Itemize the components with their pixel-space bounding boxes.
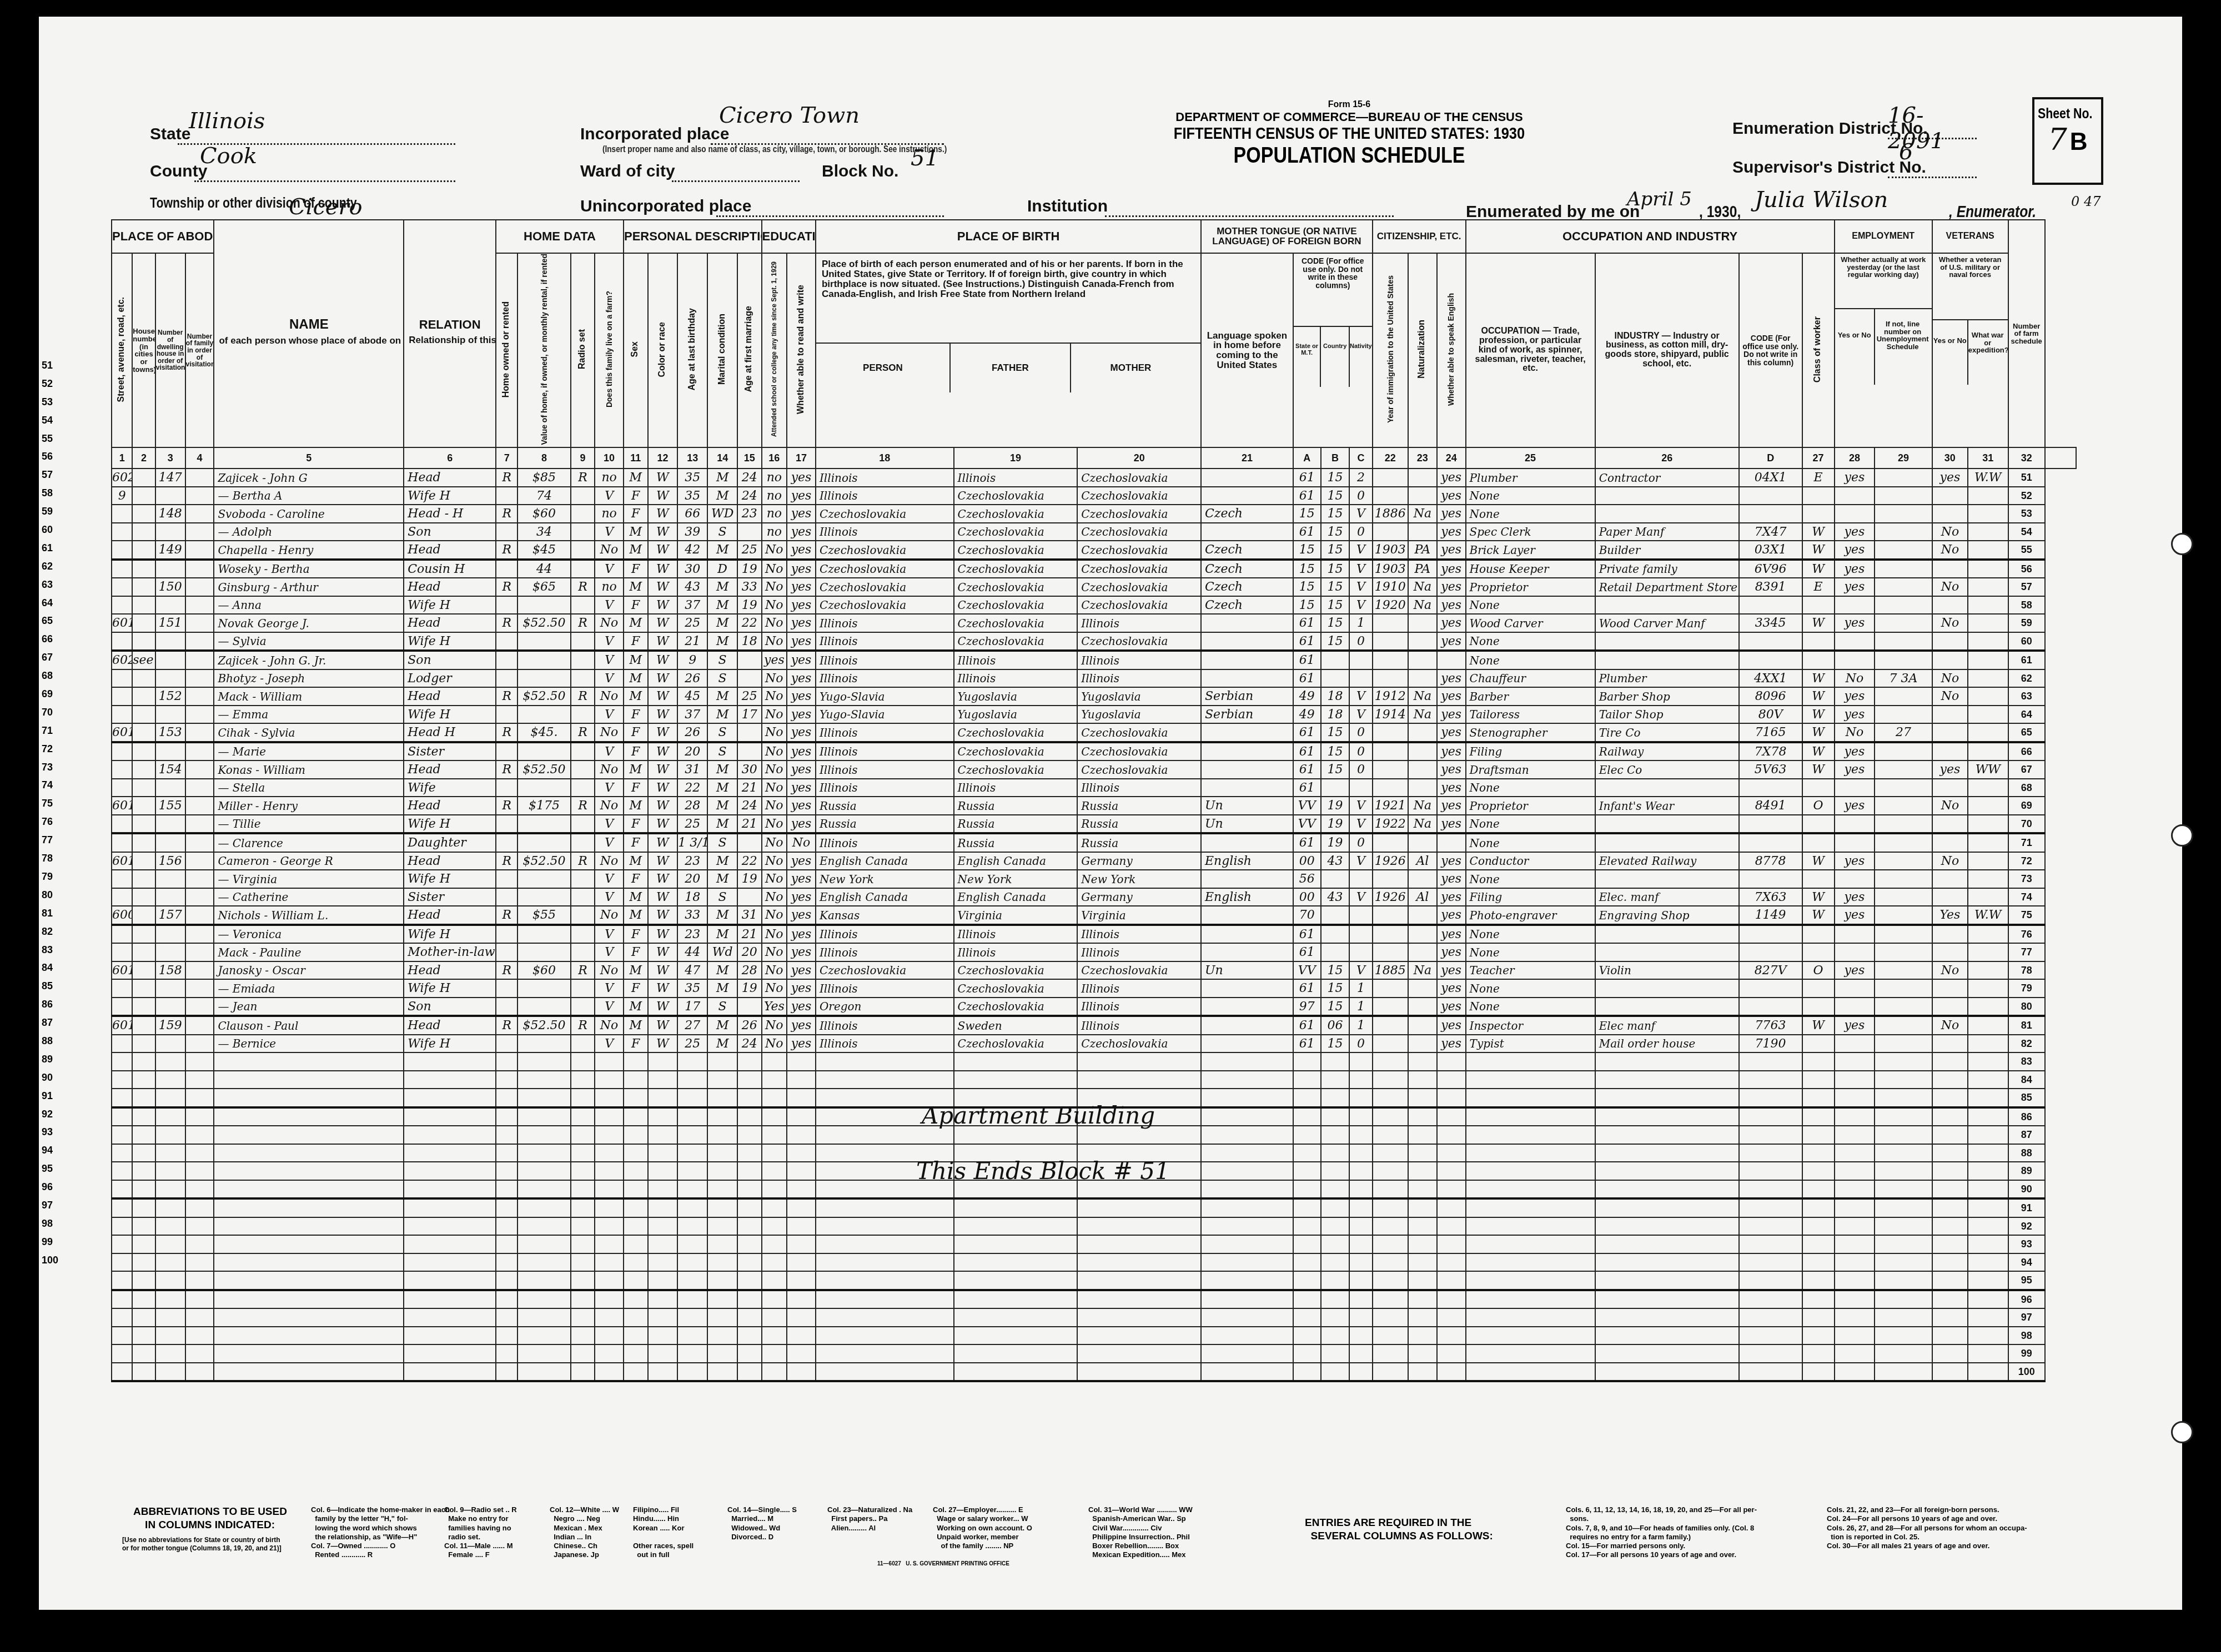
- cell-veteran: No: [1932, 687, 1968, 706]
- cell-war: [1968, 1035, 2008, 1053]
- cell-school: No: [762, 852, 787, 870]
- column-number: 20: [1077, 447, 1201, 469]
- sheet-number-box: Sheet No. 7 B: [2032, 97, 2103, 185]
- cell-read: yes: [787, 687, 816, 706]
- cell-house: [132, 523, 155, 541]
- cell-owned: [496, 815, 517, 834]
- incorporated-line: [711, 143, 944, 145]
- table-row-empty: 95: [112, 1271, 2076, 1290]
- group-citizenship: CITIZENSHIP, ETC.: [1373, 220, 1466, 253]
- cell-family: [185, 815, 214, 834]
- cell-birth: New York: [816, 870, 954, 888]
- cell-industry: Violin: [1595, 961, 1739, 980]
- cell-empty: [1321, 1344, 1350, 1363]
- cell-class: W: [1802, 687, 1835, 706]
- cell-empty: [571, 1327, 595, 1345]
- cell-farm: V: [595, 815, 624, 834]
- column-number: D: [1739, 447, 1802, 469]
- cell-value: [517, 925, 570, 944]
- cell-value: $175: [517, 797, 570, 815]
- cell-cC: V: [1349, 578, 1372, 596]
- cell-marital: S: [707, 523, 737, 541]
- cell-empty: [1932, 1071, 1968, 1089]
- column-number: 7: [496, 447, 517, 469]
- cell-empty: [1201, 1052, 1293, 1071]
- cell-name: — Adolph: [214, 523, 404, 541]
- margin-line-number: 54: [42, 415, 58, 433]
- cell-cA: 15: [1293, 578, 1321, 596]
- cell-empty: [404, 1071, 496, 1089]
- cell-empty: [707, 1235, 737, 1253]
- cell-english: yes: [1437, 852, 1466, 870]
- cell-empty: [1321, 1107, 1350, 1126]
- cell-empty: [496, 1052, 517, 1071]
- cell-father-birth: Czechoslovakia: [954, 596, 1078, 615]
- header-at-work: Yes or No: [1835, 309, 1875, 385]
- margin-line-number: 62: [42, 561, 58, 579]
- cell-unemp-line: [1875, 1035, 1932, 1053]
- cell-empty: [677, 1217, 707, 1236]
- column-number: 29: [1875, 447, 1932, 469]
- cell-empty: [954, 1290, 1078, 1309]
- line-number: 100: [2008, 1363, 2045, 1382]
- cell-empty: [571, 1052, 595, 1071]
- cell-mother-birth: Illinois: [1077, 998, 1201, 1016]
- cell-sex: M: [624, 614, 648, 632]
- header-speak-english: Whether able to speak English: [1447, 293, 1455, 406]
- cell-class: [1802, 925, 1835, 944]
- table-row: 6015158Janosky - OscarHeadR$60RNoMW47M28…: [112, 961, 2076, 980]
- cell-empty: [624, 1271, 648, 1290]
- cell-owned: [496, 888, 517, 906]
- cell-father-birth: Czechoslovakia: [954, 578, 1078, 596]
- cell-school: No: [762, 943, 787, 961]
- cell-cB: 15: [1321, 1035, 1350, 1053]
- cell-race: W: [648, 797, 678, 815]
- cell-mother-birth: Germany: [1077, 852, 1201, 870]
- cell-value: $45.: [517, 723, 570, 742]
- cell-empty: [707, 1344, 737, 1363]
- cell-race: W: [648, 833, 678, 852]
- column-number: 31: [1968, 447, 2008, 469]
- cell-mother-birth: Czechoslovakia: [1077, 487, 1201, 505]
- cell-radio: R: [571, 852, 595, 870]
- cell-family: [185, 833, 214, 852]
- cell-class: [1802, 651, 1835, 669]
- cell-empty: [571, 1144, 595, 1162]
- cell-mother-birth: Illinois: [1077, 669, 1201, 688]
- cell-code: [1739, 596, 1802, 615]
- cell-code: [1739, 979, 1802, 998]
- cell-empty: [1932, 1126, 1968, 1144]
- cell-marital: M: [707, 852, 737, 870]
- cell-radio: [571, 906, 595, 925]
- cell-empty: [1835, 1290, 1875, 1309]
- cell-natz: [1408, 742, 1437, 761]
- cell-empty: [737, 1327, 762, 1345]
- cell-class: E: [1802, 469, 1835, 487]
- cell-cC: V: [1349, 961, 1372, 980]
- cell-immig: [1373, 906, 1408, 925]
- cell-at-work: yes: [1835, 1016, 1875, 1035]
- cell-empty: [1595, 1253, 1739, 1272]
- cell-empty: [1968, 1217, 2008, 1236]
- table-row: 149Chapella - HenryHeadR$45NoMW42M25Noye…: [112, 541, 2076, 560]
- cell-war: [1968, 541, 2008, 560]
- cell-value: $60: [517, 961, 570, 980]
- cell-empty: [1349, 1198, 1372, 1217]
- cell-empty: [787, 1052, 816, 1071]
- cell-empty: [1408, 1180, 1437, 1199]
- cell-value: $45: [517, 541, 570, 560]
- cell-school: no: [762, 505, 787, 523]
- cell-veteran: [1932, 632, 1968, 651]
- cell-street: [112, 815, 132, 834]
- cell-empty: [737, 1253, 762, 1272]
- table-row: — BerniceWife HVFW25M24NoyesIllinoisCzec…: [112, 1035, 2076, 1053]
- cell-house: [132, 614, 155, 632]
- cell-empty: [762, 1089, 787, 1107]
- cell-empty: [571, 1180, 595, 1199]
- margin-line-number: 51: [42, 360, 58, 378]
- cell-relation: Son: [404, 523, 496, 541]
- cell-empty: [1321, 1327, 1350, 1345]
- cell-value: $65: [517, 578, 570, 596]
- line-number: 56: [2008, 560, 2045, 578]
- department-title: DEPARTMENT OF COMMERCE—BUREAU OF THE CEN…: [1099, 110, 1599, 124]
- cell-sex: M: [624, 760, 648, 779]
- cell-empty: [1373, 1089, 1408, 1107]
- cell-street: [112, 669, 132, 688]
- cell-empty: [1875, 1144, 1932, 1162]
- cell-empty: [1835, 1327, 1875, 1345]
- cell-industry: Tire Co: [1595, 723, 1739, 742]
- line-number: 93: [2008, 1235, 2045, 1253]
- cell-empty: [816, 1198, 954, 1217]
- cell-code: 8096: [1739, 687, 1802, 706]
- cell-class: [1802, 833, 1835, 852]
- cell-mother-birth: Czechoslovakia: [1077, 742, 1201, 761]
- cell-empty: [185, 1144, 214, 1162]
- cell-occupation: Draftsman: [1466, 760, 1595, 779]
- cell-empty: [1932, 1290, 1968, 1309]
- cell-radio: [571, 651, 595, 669]
- cell-farm: No: [595, 1016, 624, 1035]
- cell-tongue: Serbian: [1201, 687, 1293, 706]
- cell-mother-birth: Illinois: [1077, 925, 1201, 944]
- cell-empty: [1875, 1290, 1932, 1309]
- table-row: 150Ginsburg - ArthurHeadR$65RnoMW43M33No…: [112, 578, 2076, 596]
- cell-at-work: [1835, 998, 1875, 1016]
- abbrev-col23: Col. 23—Naturalized . Na First papers.. …: [827, 1505, 912, 1533]
- cell-occupation: Photo-engraver: [1466, 906, 1595, 925]
- cell-at-work: [1835, 870, 1875, 888]
- cell-owned: [496, 779, 517, 797]
- cell-name: Chapella - Henry: [214, 541, 404, 560]
- cell-family: [185, 687, 214, 706]
- table-row: — EmmaWife HVFW37M17NoyesYugo-SlaviaYugo…: [112, 706, 2076, 724]
- cell-empty: [1739, 1290, 1802, 1309]
- cell-empty: [571, 1089, 595, 1107]
- column-number: 26: [1595, 447, 1739, 469]
- cell-empty: [1437, 1217, 1466, 1236]
- margin-line-number: 85: [42, 980, 58, 999]
- cell-unemp-line: [1875, 760, 1932, 779]
- cell-birth: Czechoslovakia: [816, 596, 954, 615]
- cell-empty: [1321, 1290, 1350, 1309]
- cell-veteran: No: [1932, 961, 1968, 980]
- cell-name: Svoboda - Caroline: [214, 505, 404, 523]
- cell-natz: [1408, 723, 1437, 742]
- abbrev-col12-other: Filipino..... Fil Hindu...... Hin Korean…: [633, 1505, 694, 1560]
- cell-empty: [648, 1089, 678, 1107]
- margin-line-number: 84: [42, 962, 58, 980]
- cell-empty: [707, 1052, 737, 1071]
- cell-empty: [707, 1071, 737, 1089]
- county-line: [194, 180, 455, 182]
- cell-street: 6013: [112, 797, 132, 815]
- cell-empty: [517, 1217, 570, 1236]
- cell-english: yes: [1437, 815, 1466, 834]
- cell-empty: [707, 1253, 737, 1272]
- cell-empty: [1293, 1052, 1321, 1071]
- cell-immig: [1373, 979, 1408, 998]
- cell-mother-birth: Czechoslovakia: [1077, 961, 1201, 980]
- cell-industry: Wood Carver Manf: [1595, 614, 1739, 632]
- cell-empty: [1875, 1327, 1932, 1345]
- cell-industry: [1595, 487, 1739, 505]
- cell-occupation: Brick Layer: [1466, 541, 1595, 560]
- cell-family: [185, 852, 214, 870]
- cell-birth: Czechoslovakia: [816, 505, 954, 523]
- line-number: 54: [2008, 523, 2045, 541]
- cell-tongue: [1201, 925, 1293, 944]
- group-mother-tongue: MOTHER TONGUE (OR NATIVE LANGUAGE) OF FO…: [1201, 220, 1373, 253]
- cell-empty: [185, 1180, 214, 1199]
- cell-english: yes: [1437, 1016, 1466, 1035]
- cell-farm: V: [595, 706, 624, 724]
- cell-family: [185, 925, 214, 944]
- line-number: 55: [2008, 541, 2045, 560]
- cell-empty: [737, 1144, 762, 1162]
- line-number: 53: [2008, 505, 2045, 523]
- cell-dwelling: 158: [155, 961, 185, 980]
- cell-house: [132, 505, 155, 523]
- cell-cC: 1: [1349, 1016, 1372, 1035]
- cell-race: W: [648, 1035, 678, 1053]
- cell-empty: [1595, 1071, 1739, 1089]
- cell-empty: [185, 1107, 214, 1126]
- cell-empty: [1293, 1217, 1321, 1236]
- cell-immig: [1373, 779, 1408, 797]
- cell-father-birth: Russia: [954, 833, 1078, 852]
- cell-empty: [1349, 1235, 1372, 1253]
- cell-class: [1802, 870, 1835, 888]
- cell-empty: [1293, 1363, 1321, 1382]
- cell-empty: [737, 1271, 762, 1290]
- cell-empty: [496, 1308, 517, 1327]
- cell-empty: [404, 1217, 496, 1236]
- line-number: 86: [2008, 1107, 2045, 1126]
- cell-empty: [707, 1290, 737, 1309]
- cell-empty: [1466, 1253, 1595, 1272]
- cell-age-marriage: 22: [737, 614, 762, 632]
- cell-tongue: Czech: [1201, 578, 1293, 596]
- cell-sex: F: [624, 925, 648, 944]
- line-number: 91: [2008, 1198, 2045, 1217]
- cell-industry: [1595, 925, 1739, 944]
- cell-empty: [677, 1180, 707, 1199]
- cell-farm: V: [595, 779, 624, 797]
- cell-family: [185, 979, 214, 998]
- cell-occupation: None: [1466, 632, 1595, 651]
- cell-at-work: [1835, 815, 1875, 834]
- cell-read: yes: [787, 487, 816, 505]
- cell-war: [1968, 833, 2008, 852]
- margin-line-number: 86: [42, 999, 58, 1017]
- cell-farm: no: [595, 469, 624, 487]
- cell-marital: M: [707, 961, 737, 980]
- cell-code: 04X1: [1739, 469, 1802, 487]
- column-number: 1: [112, 447, 132, 469]
- cell-empty: [595, 1071, 624, 1089]
- cell-code: [1739, 632, 1802, 651]
- column-number: 22: [1373, 447, 1408, 469]
- cell-cB: 15: [1321, 523, 1350, 541]
- table-row-empty: 93: [112, 1235, 2076, 1253]
- cell-immig: [1373, 760, 1408, 779]
- column-number: 6: [404, 447, 496, 469]
- cell-marital: S: [707, 742, 737, 761]
- cell-unemp-line: [1875, 797, 1932, 815]
- cell-empty: [1802, 1217, 1835, 1236]
- cell-dwelling: [155, 523, 185, 541]
- table-row: 6009157Nichols - William L.HeadR$55NoMW3…: [112, 906, 2076, 925]
- cell-english: yes: [1437, 706, 1466, 724]
- line-number: 79: [2008, 979, 2045, 998]
- cell-empty: [648, 1271, 678, 1290]
- margin-line-number: 80: [42, 889, 58, 908]
- cell-value: $60: [517, 505, 570, 523]
- cell-empty: [1968, 1327, 2008, 1345]
- cell-tongue: English: [1201, 888, 1293, 906]
- cell-mother-birth: Illinois: [1077, 779, 1201, 797]
- cell-war: [1968, 797, 2008, 815]
- cell-age: 35: [677, 469, 707, 487]
- cell-age: 47: [677, 961, 707, 980]
- cell-cA: 15: [1293, 505, 1321, 523]
- cell-age: 37: [677, 706, 707, 724]
- cell-empty: [677, 1107, 707, 1126]
- cell-farm: V: [595, 833, 624, 852]
- cell-mother-birth: Czechoslovakia: [1077, 596, 1201, 615]
- cell-cB: 15: [1321, 961, 1350, 980]
- cell-empty: [496, 1198, 517, 1217]
- cell-age: 20: [677, 870, 707, 888]
- census-rows: 6023147Zajicek - John GHeadR$85RnoMW35M2…: [112, 469, 2076, 1381]
- table-row: — StellaWifeVFW22M21NoyesIllinoisIllinoi…: [112, 779, 2076, 797]
- column-number: 19: [954, 447, 1078, 469]
- cell-cA: VV: [1293, 961, 1321, 980]
- cell-empty: [112, 1071, 132, 1089]
- cell-mother-birth: Czechoslovakia: [1077, 505, 1201, 523]
- cell-natz: [1408, 979, 1437, 998]
- cell-natz: Na: [1408, 687, 1437, 706]
- cell-relation: Wife H: [404, 870, 496, 888]
- cell-name: Cihak - Sylvia: [214, 723, 404, 742]
- column-number: 18: [816, 447, 954, 469]
- cell-street: 6015: [112, 852, 132, 870]
- cell-empty: [571, 1308, 595, 1327]
- cell-empty: [1932, 1308, 1968, 1327]
- cell-house: [132, 925, 155, 944]
- cell-empty: [595, 1126, 624, 1144]
- cell-immig: 1885: [1373, 961, 1408, 980]
- cell-relation: Son: [404, 998, 496, 1016]
- cell-dwelling: [155, 669, 185, 688]
- cell-relation: Head - H: [404, 505, 496, 523]
- header-street: Street, avenue, road, etc.: [117, 297, 127, 402]
- margin-line-number: 66: [42, 633, 58, 652]
- cell-empty: [677, 1363, 707, 1382]
- line-number: 59: [2008, 614, 2045, 632]
- cell-value: 44: [517, 560, 570, 578]
- cell-empty: [112, 1290, 132, 1309]
- cell-empty: [1349, 1363, 1372, 1382]
- cell-radio: R: [571, 578, 595, 596]
- cell-empty: [1408, 1271, 1437, 1290]
- cell-code: 7165: [1739, 723, 1802, 742]
- cell-empty: [816, 1217, 954, 1236]
- table-row: — SylviaWife HVFW21M18NoyesIllinoisCzech…: [112, 632, 2076, 651]
- cell-veteran: [1932, 560, 1968, 578]
- cell-empty: [707, 1107, 737, 1126]
- cell-empty: [214, 1107, 404, 1126]
- cell-empty: [1408, 1107, 1437, 1126]
- cell-cA: 56: [1293, 870, 1321, 888]
- cell-value: [517, 596, 570, 615]
- cell-empty: [1293, 1253, 1321, 1272]
- group-home-data: HOME DATA: [496, 220, 624, 253]
- cell-owned: R: [496, 797, 517, 815]
- cell-cC: 1: [1349, 614, 1372, 632]
- cell-birth: Czechoslovakia: [816, 578, 954, 596]
- cell-cA: 15: [1293, 560, 1321, 578]
- cell-veteran: No: [1932, 541, 1968, 560]
- cell-unemp-line: [1875, 505, 1932, 523]
- cell-father-birth: Czechoslovakia: [954, 723, 1078, 742]
- cell-empty: [1077, 1363, 1201, 1382]
- column-number: 11: [624, 447, 648, 469]
- cell-natz: [1408, 870, 1437, 888]
- cell-occupation: Tailoress: [1466, 706, 1595, 724]
- cell-empty: [1321, 1144, 1350, 1162]
- cell-value: $52.50: [517, 760, 570, 779]
- cell-unemp-line: [1875, 925, 1932, 944]
- cell-empty: [155, 1253, 185, 1272]
- cell-empty: [624, 1089, 648, 1107]
- cell-marital: M: [707, 541, 737, 560]
- cell-empty: [1835, 1363, 1875, 1382]
- cell-empty: [517, 1144, 570, 1162]
- cell-read: yes: [787, 632, 816, 651]
- cell-empty: [677, 1271, 707, 1290]
- cell-mother-birth: Czechoslovakia: [1077, 760, 1201, 779]
- cell-owned: R: [496, 541, 517, 560]
- cell-empty: [1932, 1180, 1968, 1199]
- cell-occupation: Chauffeur: [1466, 669, 1595, 688]
- cell-house: [132, 797, 155, 815]
